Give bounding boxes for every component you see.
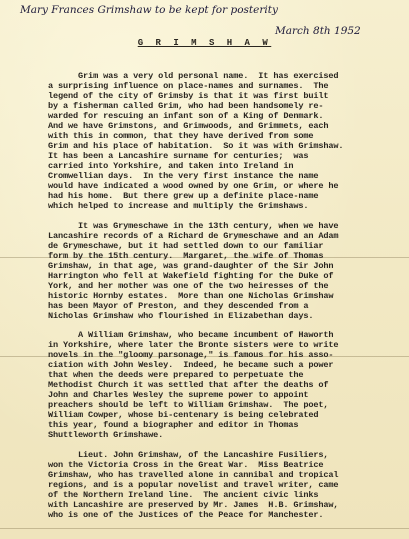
text-line: legend of the city of Grimsby is that it… (48, 91, 398, 101)
text-line: in Yorkshire, where later the Bronte sis… (48, 340, 398, 350)
text-line: Grimshaw, who has travelled alone in can… (48, 470, 398, 480)
text-line: a surprising influence on place-names an… (48, 81, 398, 91)
document-body: Grim was a very old personal name. It ha… (48, 71, 398, 529)
text-line: of the Northern Ireland line. The ancien… (48, 490, 398, 500)
text-line: It was Grymeschawe in the 13th century, … (48, 221, 398, 231)
text-line: who is one of the Justices of the Peace … (48, 510, 398, 520)
text-line: with Lancashire are preserved by Mr. Jam… (48, 500, 398, 510)
text-line: Lieut. John Grimshaw, of the Lancashire … (48, 450, 398, 460)
text-line: preachers should be left to William Grim… (48, 400, 398, 410)
text-line: It has been a Lancashire surname for cen… (48, 151, 398, 161)
document-title: G R I M S H A W (0, 38, 409, 48)
text-line: had his home. But there grew up a defini… (48, 191, 398, 201)
text-line: that when the deeds were prepared to per… (48, 370, 398, 380)
text-line: has been Mayor of Preston, and they desc… (48, 301, 398, 311)
text-line: regions, and is a popular novelist and t… (48, 480, 398, 490)
text-line: York, and her mother was one of the two … (48, 281, 398, 291)
text-line: Grim was a very old personal name. It ha… (48, 71, 398, 81)
text-line: which helped to increase and multiply th… (48, 201, 398, 211)
text-line: won the Victoria Cross in the Great War.… (48, 460, 398, 470)
text-line: form by the 15th century. Margaret, the … (48, 251, 398, 261)
text-line: would have indicated a wood owned by one… (48, 181, 398, 191)
text-line: ciation with John Wesley. Indeed, he bec… (48, 360, 398, 370)
handwritten-date: March 8th 1952 (275, 25, 361, 37)
text-line: William Cowper, whose bi-centenary is be… (48, 410, 398, 420)
paragraph: Lieut. John Grimshaw, of the Lancashire … (48, 450, 398, 520)
text-line: Lancashire records of a Richard de Gryme… (48, 231, 398, 241)
text-line: with this in common, that they have deri… (48, 131, 398, 141)
text-line: carried into Yorkshire, and taken into I… (48, 161, 398, 171)
text-line: Cromwellian days. In the very first inst… (48, 171, 398, 181)
text-line: historic Hornby estates. More than one N… (48, 291, 398, 301)
handwritten-note: Mary Frances Grimshaw to be kept for pos… (20, 4, 278, 16)
text-line: warded for rescuing an infant son of a K… (48, 111, 398, 121)
text-line: And we have Grimstons, and Grimwoods, an… (48, 121, 398, 131)
text-line: A William Grimshaw, who became incumbent… (48, 330, 398, 340)
paragraph: It was Grymeschawe in the 13th century, … (48, 221, 398, 321)
text-line: de Grymeschawe, but it had settled down … (48, 241, 398, 251)
text-line: Harrington who fell at Wakefield fightin… (48, 271, 398, 281)
text-line: Methodist Church it was settled that aft… (48, 380, 398, 390)
text-line: novels in the "gloomy parsonage," is fam… (48, 350, 398, 360)
text-line: Grimshaw, in that age, was grand-daughte… (48, 261, 398, 271)
paragraph: A William Grimshaw, who became incumbent… (48, 330, 398, 440)
text-line: Shuttleworth Grimshawe. (48, 430, 398, 440)
text-line: John and Charles Wesley the supreme powe… (48, 390, 398, 400)
text-line: this year, found a biographer and editor… (48, 420, 398, 430)
text-line: Grim and his place of habitation. So it … (48, 141, 398, 151)
text-line: by a fisherman called Grim, who had been… (48, 101, 398, 111)
paragraph: Grim was a very old personal name. It ha… (48, 71, 398, 211)
text-line: Nicholas Grimshaw who flourished in Eliz… (48, 311, 398, 321)
